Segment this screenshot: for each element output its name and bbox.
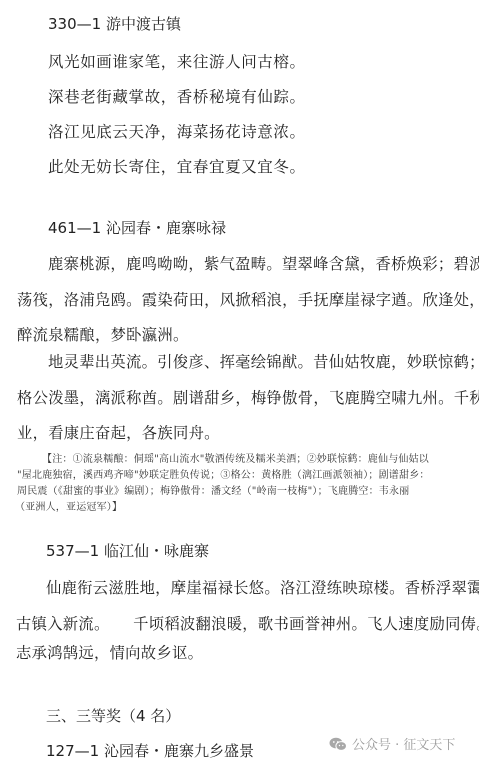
poem-461-note-line: 周民震（《甜蜜的事业》编剧）；梅铮傲骨：潘文经（"岭南一枝梅"）；飞鹿腾空：韦永… [17,482,409,497]
poem-461-para1-line: 鹿寨桃源，鹿鸣呦呦，紫气盈畴。望翠峰含黛，香桥焕彩；碧波 [48,252,479,274]
poem-461-note-line: （亚洲人，亚运冠军）】 [15,498,122,513]
wechat-icon [329,737,347,751]
poem-461-para2-line: 格公泼墨，漓派称酋。剧谱甜乡，梅铮傲骨，飞鹿腾空啸九州。千秋 [17,386,479,408]
poem-330-line: 风光如画谁家笔，来往游人问古榕。 [48,50,306,72]
watermark: 公众号 · 征文天下 [329,734,455,753]
watermark-text: 公众号 · 征文天下 [352,734,455,753]
poem-461-note-line: 【注：①流泉糯酿：侗瑶"高山流水"敬酒传统及糯米美酒；②妙联惊鹤：鹿仙与仙姑以 [42,450,429,465]
poem-461-para1-line: 荡筏，洛浦凫鸥。霞染荷田，风掀稻浪，手抚摩崖禄字遒。欣逢处， [17,288,479,310]
poem-537-title: 537—1 临江仙・咏鹿寨 [46,540,209,561]
poem-330-line: 洛江见底云天净，海菜扬花诗意浓。 [48,120,306,142]
poem-330-line: 深巷老街藏掌故，香桥秘境有仙踪。 [48,85,306,107]
poem-461-title: 461—1 沁园春・鹿寨咏禄 [48,217,226,238]
poem-537-line: 古镇入新流。 千顷稻波翻浪暖，歌书画誉神州。飞人速度励同俦。 [16,612,479,634]
poem-127-title: 127—1 沁园春・鹿寨九乡盛景 [46,740,254,761]
section-heading: 三、三等奖（4 名） [46,705,180,726]
poem-537-line: 仙鹿衔云滋胜地，摩崖福禄长悠。洛江澄练映琼楼。香桥浮翠霭， [46,576,479,598]
poem-330-title: 330—1 游中渡古镇 [48,13,181,34]
poem-461-note-line: "屋北鹿独宿，溪西鸡齐啼"妙联定胜负传说；③格公：黄格胜（漓江画派领袖）；剧谱甜… [17,466,430,481]
poem-330-line: 此处无妨长寄住，宜春宜夏又宜冬。 [48,155,306,177]
poem-461-para2-line: 地灵辈出英流。引俊彦、挥毫绘锦猷。昔仙姑牧鹿，妙联惊鹤； [48,350,479,372]
poem-461-para1-line: 醉流泉糯酿，梦卧瀛洲。 [17,323,189,345]
poem-537-line: 志承鸿鹄远，情向故乡讴。 [16,641,203,663]
poem-461-para2-line: 业，看康庄奋起，各族同舟。 [17,421,220,443]
